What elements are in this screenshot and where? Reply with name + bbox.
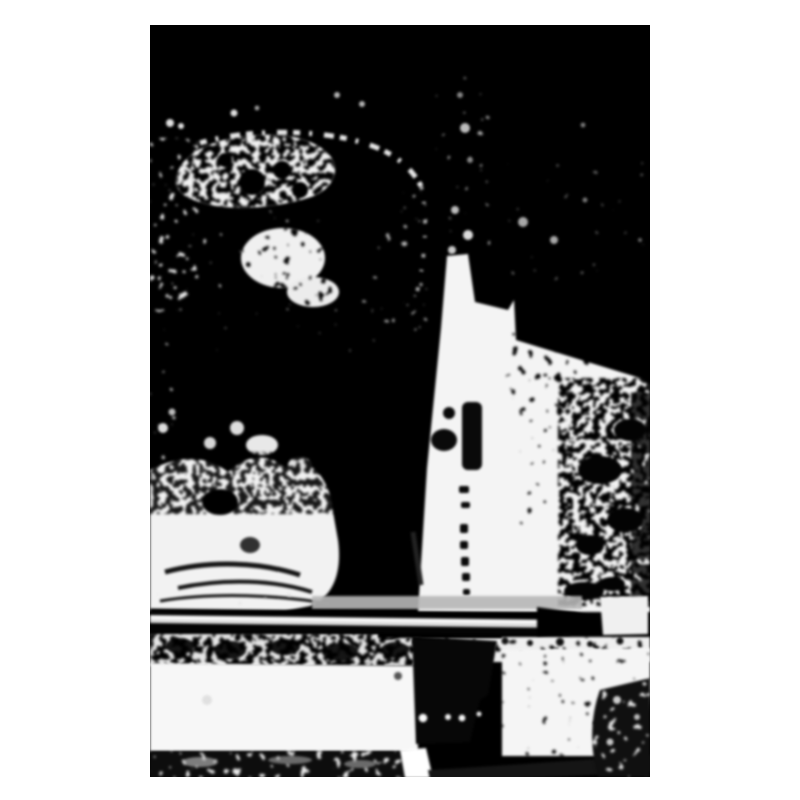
speckle-trail-center bbox=[436, 58, 490, 263]
textured-corner-bottom-right bbox=[592, 678, 650, 777]
pale-ground-left bbox=[150, 663, 418, 752]
textured-bottom-band-left bbox=[150, 748, 433, 778]
binarized-photo-figure bbox=[0, 0, 800, 800]
binarized-photo bbox=[0, 0, 800, 800]
